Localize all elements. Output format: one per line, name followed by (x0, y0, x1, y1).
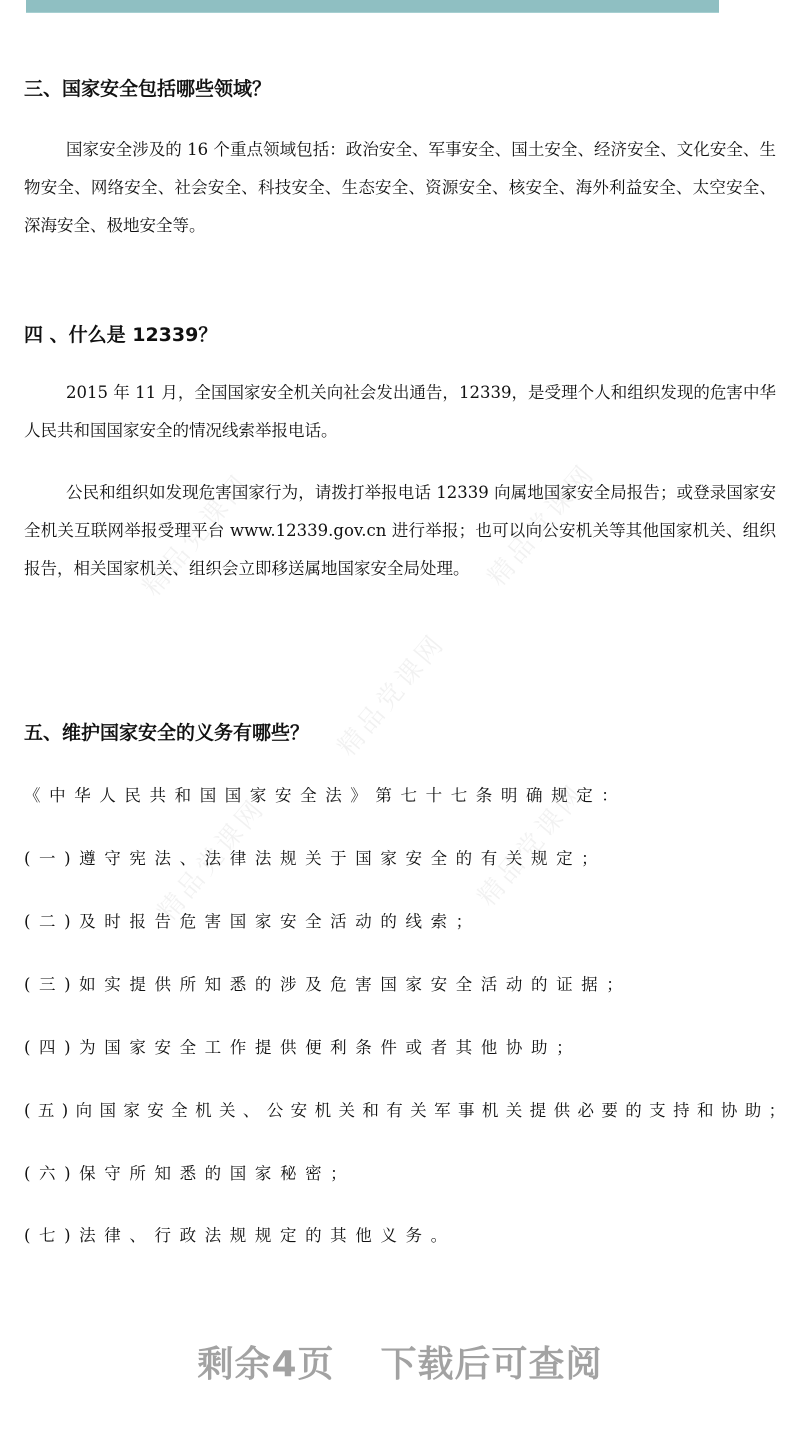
paragraph-domains: 国家安全涉及的 16 个重点领域包括：政治安全、军事安全、国土安全、经济安全、文… (24, 131, 776, 245)
remaining-pages-label: 剩余4页 (197, 1344, 334, 1385)
obligation-item-5: (五)向国家安全机关、公安机关和有关军事机关提供必要的支持和协助； (24, 1097, 793, 1121)
obligation-item-2: (二)及时报告危害国家安全活动的线索； (24, 908, 481, 932)
law-intro: 《中华人民共和国国家安全法》第七十七条明确规定： (24, 782, 626, 806)
section-heading-obligations: 五、维护国家安全的义务有哪些？ (24, 718, 309, 745)
section-heading-12339: 四 、什么是 12339？ (24, 320, 217, 347)
paragraph-12339-intro: 2015 年 11 月，全国国家安全机关向社会发出通告，12339，是受理个人和… (24, 374, 776, 450)
download-prompt-banner[interactable]: 剩余4页下载后可查阅 (0, 1336, 800, 1387)
obligation-item-3: (三)如实提供所知悉的涉及危害国家安全活动的证据； (24, 971, 631, 995)
top-decorative-bar (26, 0, 719, 13)
download-to-view-label[interactable]: 下载后可查阅 (381, 1344, 603, 1385)
obligation-item-4: (四)为国家安全工作提供便利条件或者其他协助； (24, 1034, 581, 1058)
section-heading-domains: 三、国家安全包括哪些领域？ (24, 74, 271, 101)
watermark: 精品党课网 (328, 624, 453, 763)
obligation-item-7: (七)法律、行政法规规定的其他义务。 (24, 1222, 456, 1246)
obligation-item-6: (六)保守所知悉的国家秘密； (24, 1160, 355, 1184)
paragraph-12339-report: 公民和组织如发现危害国家行为，请拨打举报电话 12339 向属地国家安全局报告；… (24, 474, 776, 588)
obligation-item-1: (一)遵守宪法、法律法规关于国家安全的有关规定； (24, 845, 606, 869)
